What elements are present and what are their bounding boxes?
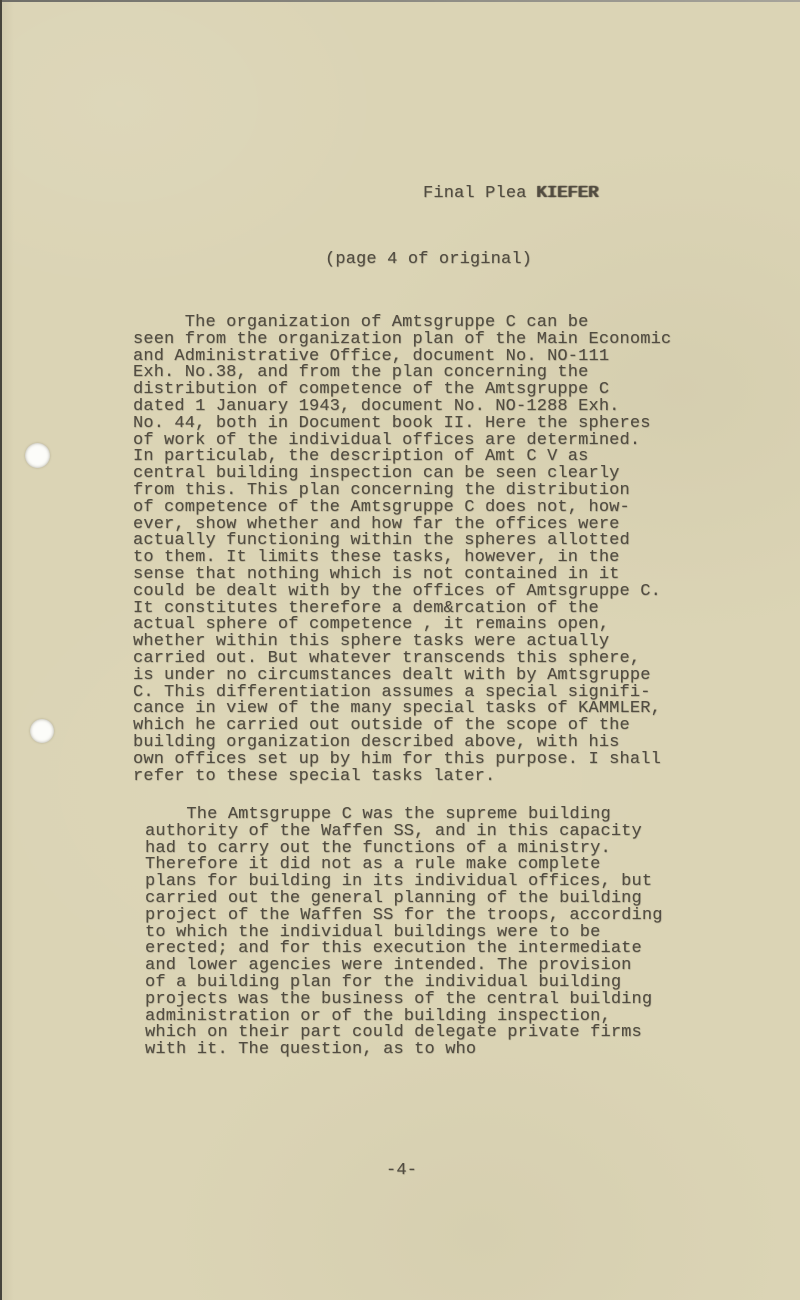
scanned-document-page: Final Plea KIEFER (page 4 of original) T…: [0, 0, 800, 1300]
defendant-name: KIEFER: [537, 184, 599, 203]
hole-punch-bottom: [30, 719, 54, 743]
body-paragraph-1: The organization of Amtsgruppe C can be …: [133, 315, 671, 785]
page-number: -4-: [386, 1163, 417, 1180]
document-title-prefix: Final Plea: [423, 184, 537, 203]
page-reference-note: (page 4 of original): [325, 252, 532, 269]
document-title: Final Plea KIEFER: [423, 186, 599, 203]
hole-punch-top: [25, 443, 50, 468]
body-paragraph-2: The Amtsgruppe C was the supreme buildin…: [145, 807, 663, 1059]
scan-edge-left: [0, 0, 2, 1300]
scan-edge-top: [0, 0, 800, 2]
